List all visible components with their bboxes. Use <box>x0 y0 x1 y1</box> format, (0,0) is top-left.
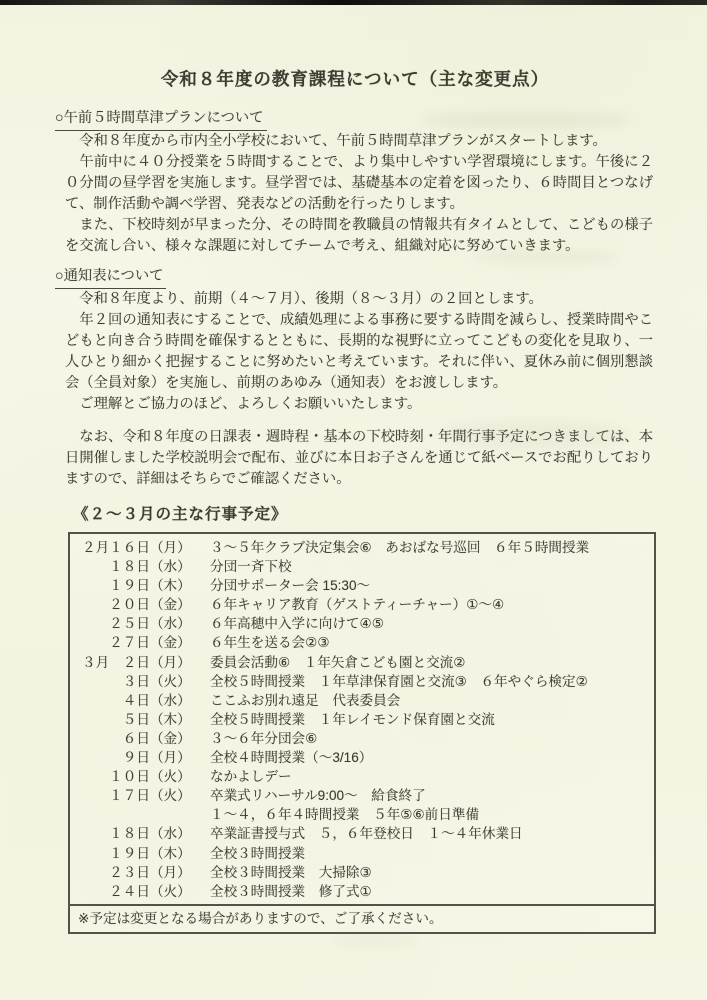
schedule-event: 全校４時間授業（～3/16） <box>210 748 654 767</box>
paragraph-report-thanks: ご理解とご協力のほど、よろしくお願いいたします。 <box>65 394 653 415</box>
document-title: 令和８年度の教育課程について（主な変更点） <box>55 66 655 92</box>
schedule-event: 卒業式リハーサル9:00～ 給食終了 <box>210 786 654 805</box>
paragraph-report-rationale: 年２回の通知表にすることで、成績処理による事務に要する時間を減らし、授業時間やこ… <box>65 310 653 394</box>
schedule-date: １８日（水） <box>70 824 210 843</box>
schedule-row: ３日（火）全校５時間授業 １年草津保育園と交流③ ６年やぐら検定② <box>70 672 654 691</box>
schedule-date: ２月１６日（月） <box>70 538 210 557</box>
document-content: 令和８年度の教育課程について（主な変更点） ○午前５時間草津プランについて 令和… <box>0 0 707 934</box>
schedule-row: １７日（火）卒業式リハーサル9:00～ 給食終了 <box>70 786 654 805</box>
schedule-event: なかよしデー <box>210 767 654 786</box>
schedule-row: １９日（木）全校３時間授業 <box>70 844 654 863</box>
schedule-row: ２３日（月）全校３時間授業 大掃除③ <box>70 863 654 882</box>
schedule-date: ３日（火） <box>70 672 210 691</box>
schedule-event: 委員会活動⑥ １年矢倉こども園と交流② <box>210 653 654 672</box>
schedule-date: １９日（木） <box>70 576 210 595</box>
schedule-row: ２０日（金）６年キャリア教育（ゲストティーチャー）①～④ <box>70 595 654 614</box>
schedule-date: １９日（木） <box>70 844 210 863</box>
schedule-row: １８日（水）分団一斉下校 <box>70 557 654 576</box>
schedule-row: ２５日（水）６年高穂中入学に向けて④⑤ <box>70 614 654 633</box>
section-heading-row: ○通知表について <box>55 265 655 289</box>
schedule-date: ５日（木） <box>70 710 210 729</box>
schedule-date <box>70 805 210 824</box>
schedule-date: １７日（火） <box>70 786 210 805</box>
schedule-event: 分団一斉下校 <box>210 557 654 576</box>
schedule-date: １８日（水） <box>70 557 210 576</box>
section-morning-5period-plan: ○午前５時間草津プランについて 令和８年度から市内全小学校において、午前５時間草… <box>55 107 655 257</box>
schedule-event: 分団サポーター会 15:30～ <box>210 576 654 595</box>
section-heading-row: ○午前５時間草津プランについて <box>55 107 655 131</box>
schedule-heading: 《２～３月の主な行事予定》 <box>73 504 655 526</box>
section-heading-morning-plan: ○午前５時間草津プランについて <box>55 107 267 131</box>
schedule-row: ４日（水）ここふお別れ遠足 代表委員会 <box>70 691 654 710</box>
schedule-event: 全校５時間授業 １年レイモンド保育園と交流 <box>210 710 654 729</box>
schedule-date: ２０日（金） <box>70 595 210 614</box>
schedule-row: ６日（金）３～６年分団会⑥ <box>70 729 654 748</box>
section-heading-report-card: ○通知表について <box>55 265 166 289</box>
paragraph-plan-start: 令和８年度から市内全小学校において、午前５時間草津プランがスタートします。 <box>65 131 653 152</box>
schedule-date: ２７日（金） <box>70 633 210 652</box>
schedule-row: ３月 ２日（月）委員会活動⑥ １年矢倉こども園と交流② <box>70 653 654 672</box>
schedule-event: １～４，６年４時間授業 ５年⑤⑥前日準備 <box>210 805 654 824</box>
schedule-row: ２月１６日（月）３～５年クラブ決定集会⑥ あおばな号巡回 ６年５時間授業 <box>70 538 654 557</box>
schedule-event: 全校３時間授業 修了式① <box>210 882 654 901</box>
schedule-event: ６年キャリア教育（ゲストティーチャー）①～④ <box>210 595 654 614</box>
schedule-note: ※予定は変更となる場合がありますので、ご了承ください。 <box>70 904 654 932</box>
section-report-card: ○通知表について 令和８年度より、前期（４～７月）、後期（８～３月）の２回としま… <box>55 265 655 415</box>
schedule-row: １～４，６年４時間授業 ５年⑤⑥前日準備 <box>70 805 654 824</box>
schedule-row: ２７日（金）６年生を送る会②③ <box>70 633 654 652</box>
schedule-event: 全校３時間授業 大掃除③ <box>210 863 654 882</box>
schedule-event: 卒業証書授与式 ５，６年登校日 １～４年休業日 <box>210 824 654 843</box>
scanned-document-page: 令和８年度の教育課程について（主な変更点） ○午前５時間草津プランについて 令和… <box>0 0 707 1000</box>
schedule-row: ５日（木）全校５時間授業 １年レイモンド保育園と交流 <box>70 710 654 729</box>
schedule-row: １８日（水）卒業証書授与式 ５，６年登校日 １～４年休業日 <box>70 824 654 843</box>
schedule-event: ６年生を送る会②③ <box>210 633 654 652</box>
schedule-event: 全校３時間授業 <box>210 844 654 863</box>
schedule-date: ３月 ２日（月） <box>70 653 210 672</box>
paragraph-report-terms: 令和８年度より、前期（４～７月）、後期（８～３月）の２回とします。 <box>65 289 653 310</box>
schedule-date: ９日（月） <box>70 748 210 767</box>
schedule-row: １０日（火）なかよしデー <box>70 767 654 786</box>
schedule-date: ４日（水） <box>70 691 210 710</box>
schedule-row: ９日（月）全校４時間授業（～3/16） <box>70 748 654 767</box>
scan-edge-artifact <box>0 0 707 5</box>
schedule-row: ２４日（火）全校３時間授業 修了式① <box>70 882 654 901</box>
schedule-event: ６年高穂中入学に向けて④⑤ <box>210 614 654 633</box>
schedule-event: ３～５年クラブ決定集会⑥ あおばな号巡回 ６年５時間授業 <box>210 538 654 557</box>
schedule-rows: ２月１６日（月）３～５年クラブ決定集会⑥ あおばな号巡回 ６年５時間授業 １８日… <box>70 534 654 904</box>
schedule-event: ３～６年分団会⑥ <box>210 729 654 748</box>
schedule-table: ２月１６日（月）３～５年クラブ決定集会⑥ あおばな号巡回 ６年５時間授業 １８日… <box>68 532 656 934</box>
paragraph-plan-staff-time: また、下校時刻が早まった分、その時間を教職員の情報共有タイムとして、こどもの様子… <box>65 215 653 257</box>
paragraph-plan-details: 午前中に４０分授業を５時間することで、より集中しやすい学習環境にします。午後に２… <box>65 152 653 215</box>
paper-bleedthrough-smudge <box>330 935 420 947</box>
schedule-date: １０日（火） <box>70 767 210 786</box>
closing-paragraph: なお、令和８年度の日課表・週時程・基本の下校時刻・年間行事予定につきましては、本… <box>65 427 653 490</box>
schedule-event: ここふお別れ遠足 代表委員会 <box>210 691 654 710</box>
schedule-event: 全校５時間授業 １年草津保育園と交流③ ６年やぐら検定② <box>210 672 654 691</box>
schedule-row: １９日（木）分団サポーター会 15:30～ <box>70 576 654 595</box>
schedule-date: ６日（金） <box>70 729 210 748</box>
schedule-date: ２４日（火） <box>70 882 210 901</box>
schedule-date: ２５日（水） <box>70 614 210 633</box>
schedule-date: ２３日（月） <box>70 863 210 882</box>
